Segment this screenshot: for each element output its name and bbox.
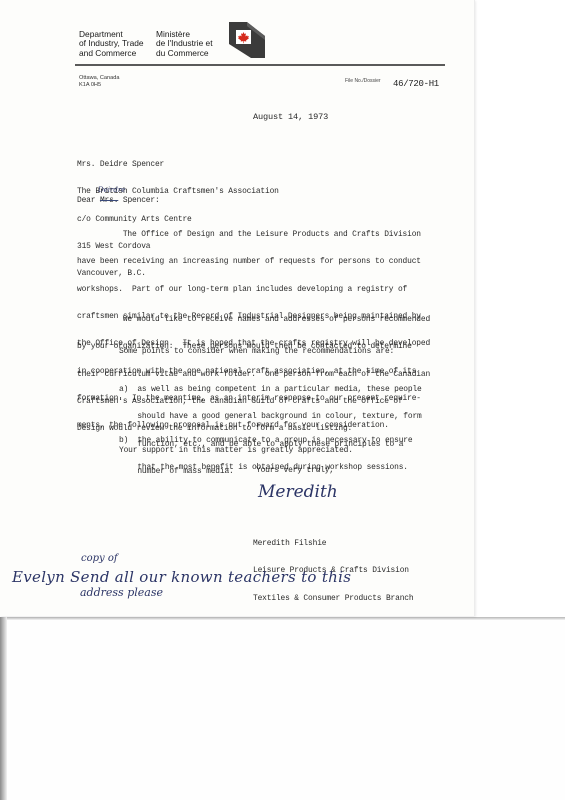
sender-location: Ottawa, Canada K1A 0H5 (79, 75, 119, 89)
canada-maple-leaf-logo-icon (225, 20, 269, 62)
salutation-suffix: Spencer: (118, 196, 159, 205)
handwritten-note-line-2: address please (80, 586, 163, 599)
paragraph-line: workshops. Part of our long-term plan in… (77, 285, 430, 294)
file-number: 46/720-H1 (393, 79, 439, 89)
recipient-line: Mrs. Deidre Spencer (77, 160, 279, 169)
handwritten-signature: Meredith (258, 482, 338, 502)
file-number-label: File No./Dossier (345, 78, 381, 84)
underlying-page (0, 617, 565, 800)
handwritten-name-correction: Deirdre (98, 186, 125, 194)
salutation-struck-title: Mrs. (100, 196, 118, 205)
location-city: Ottawa, Canada (79, 75, 119, 82)
location-postal-code: K1A 0H5 (79, 82, 119, 89)
letter-page: Department of Industry, Trade and Commer… (0, 0, 475, 616)
paragraph-line: have been receiving an increasing number… (77, 257, 430, 266)
letterhead-fr-line: du Commerce (156, 49, 213, 58)
letterhead-french: Ministère de l'Industrie et du Commerce (156, 30, 213, 58)
letterhead-divider (75, 64, 445, 66)
points-intro: Some points to consider when making the … (119, 347, 394, 356)
signer-branch: Textiles & Consumer Products Branch (253, 594, 413, 603)
salutation: Dear Mrs. Spencer: (77, 196, 160, 205)
point-line: b) the ability to communicate to a group… (119, 436, 412, 445)
underlying-page-left-edge (0, 617, 7, 800)
salutation-prefix: Dear (77, 196, 100, 205)
point-line: a) as well as being competent in a parti… (119, 385, 422, 394)
handwritten-note-insertion: copy of (81, 553, 118, 564)
closing-line: Your support in this matter is greatly a… (119, 446, 353, 455)
valediction: Yours very truly, (256, 466, 334, 475)
signer-name: Meredith Filshie (253, 539, 413, 548)
paragraph-line: We would like to receive names and addre… (77, 315, 430, 324)
paragraph-line: The Office of Design and the Leisure Pro… (77, 230, 430, 239)
letterhead-english: Department of Industry, Trade and Commer… (79, 30, 144, 58)
handwritten-note-line-1: Evelyn Send all our known teachers to th… (12, 568, 351, 586)
letterhead-en-line: and Commerce (79, 49, 144, 58)
letter-date: August 14, 1973 (253, 113, 328, 122)
